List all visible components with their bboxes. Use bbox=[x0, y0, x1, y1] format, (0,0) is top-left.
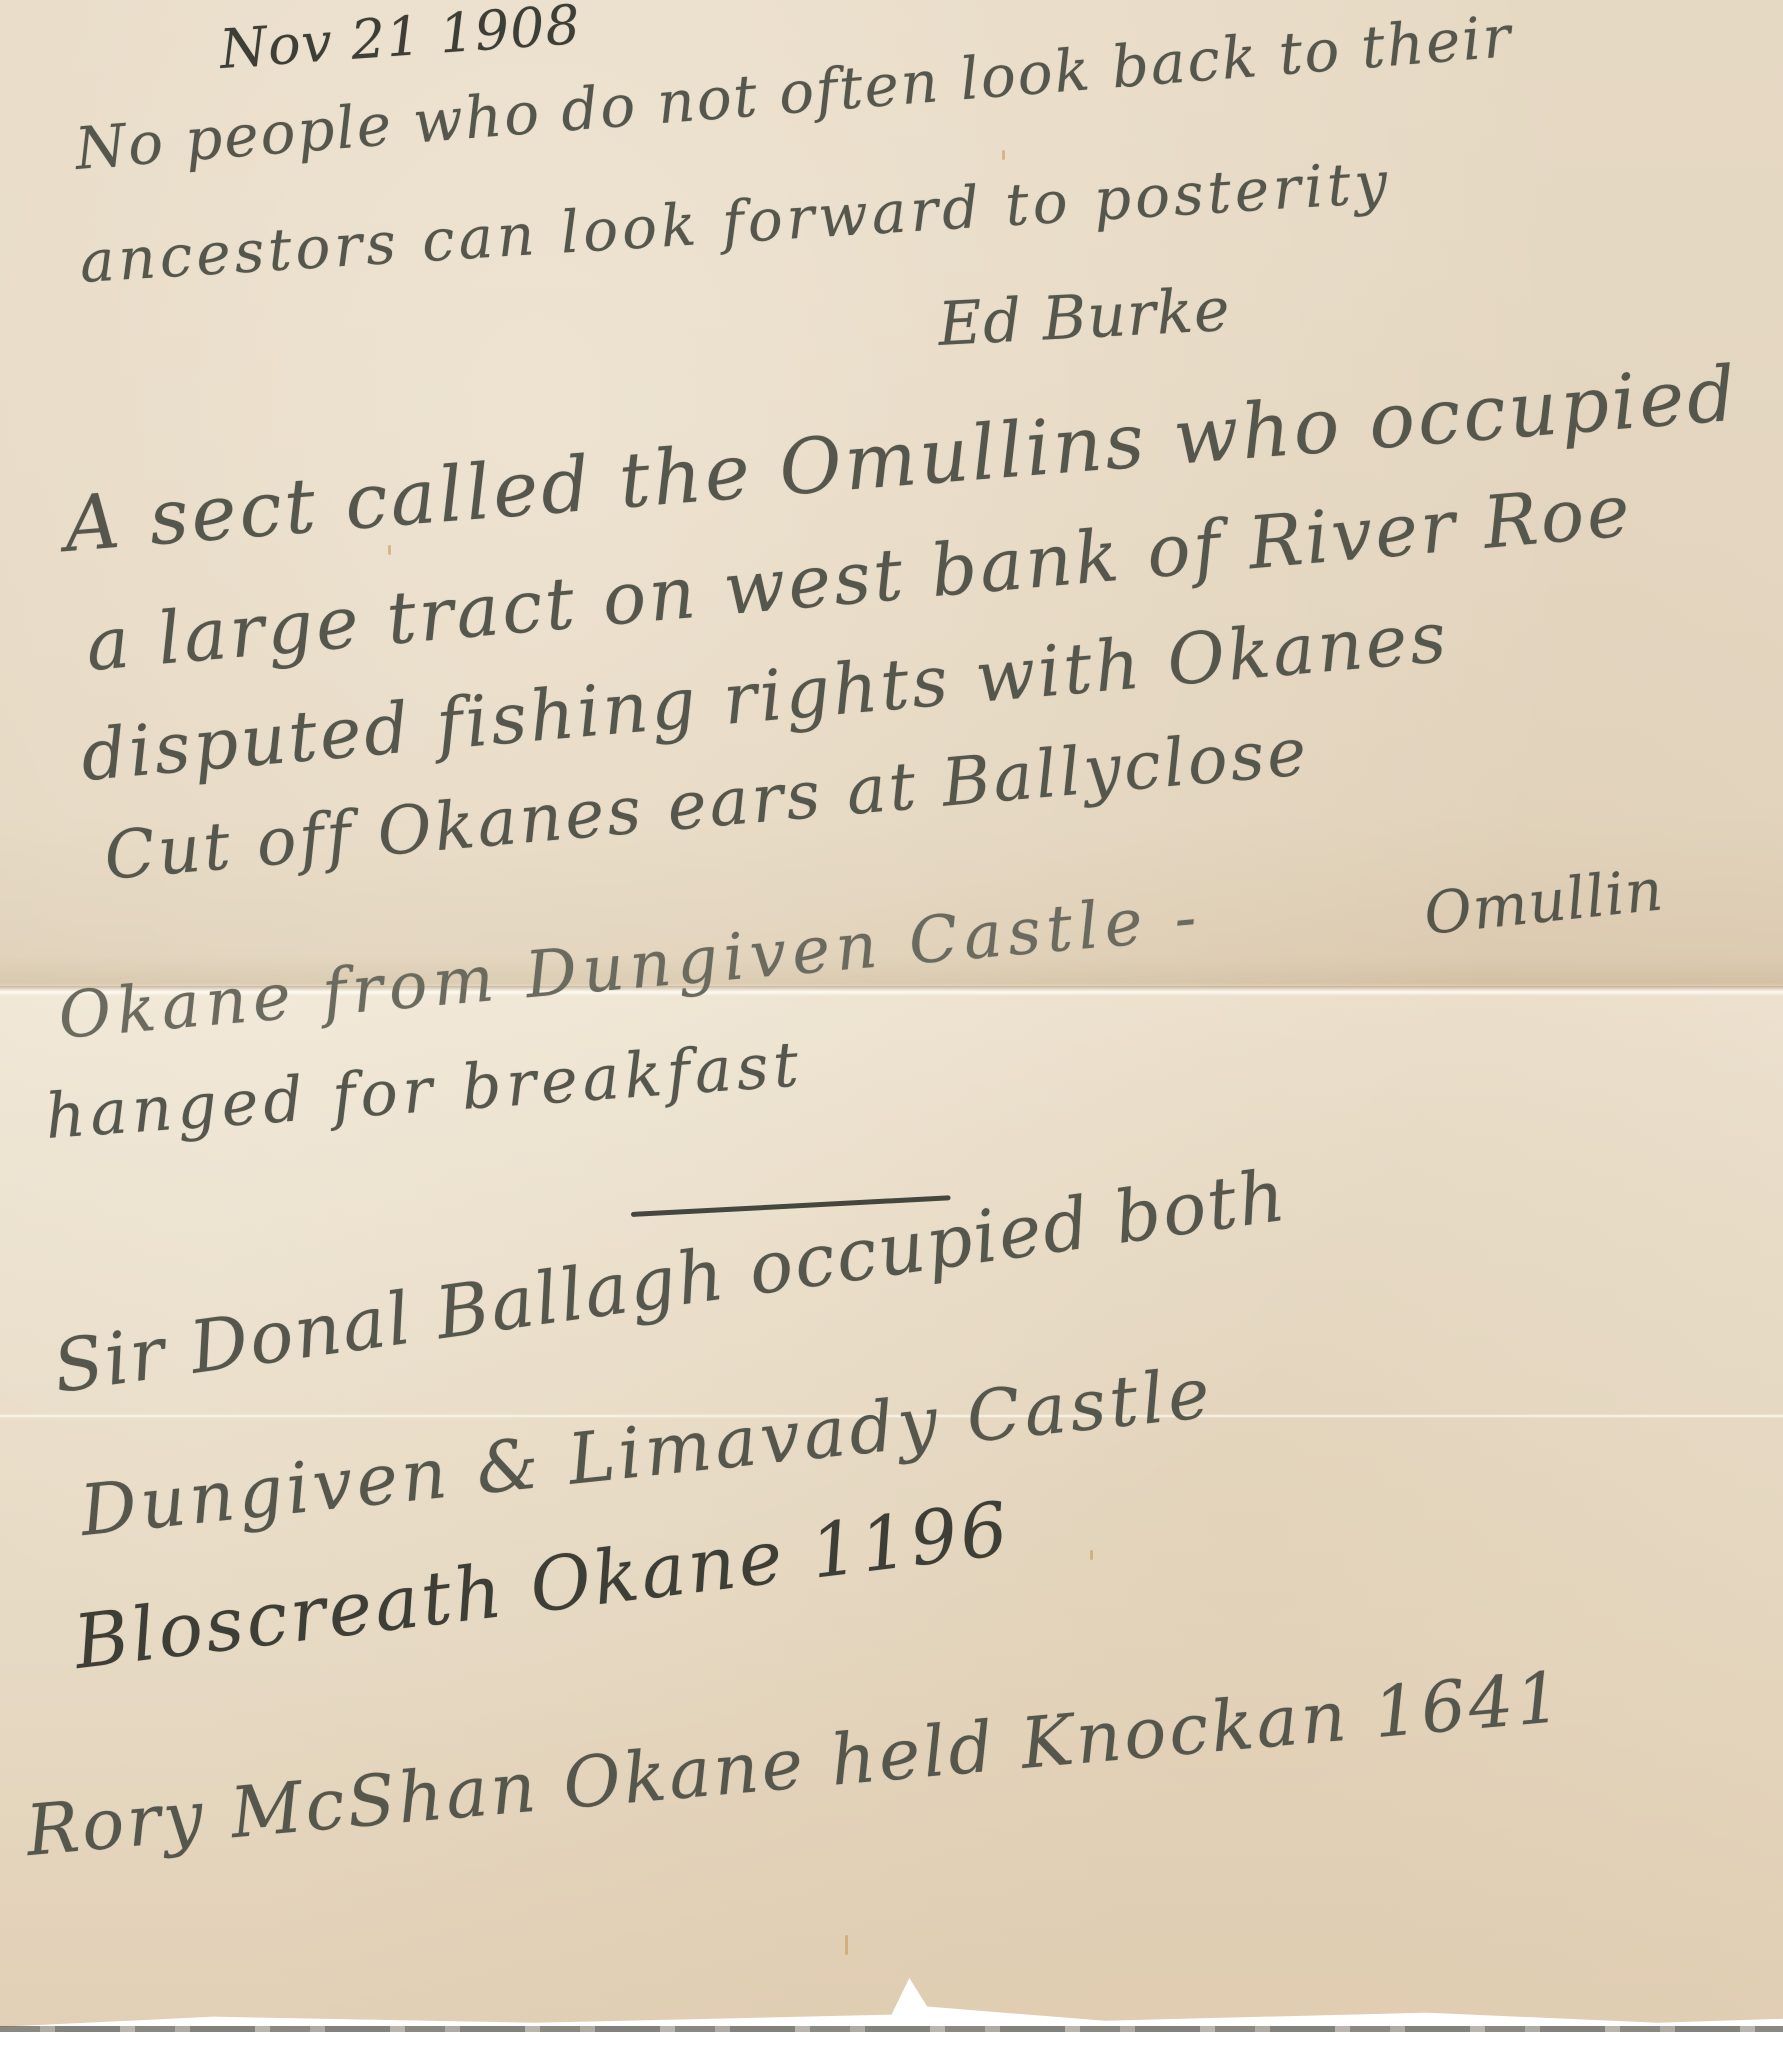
paper-fleck bbox=[1002, 150, 1005, 160]
paper-fleck bbox=[388, 545, 391, 555]
paper-fleck bbox=[1090, 1550, 1093, 1560]
torn-bottom-edge bbox=[0, 2026, 1783, 2032]
paper-fleck bbox=[845, 1935, 848, 1955]
